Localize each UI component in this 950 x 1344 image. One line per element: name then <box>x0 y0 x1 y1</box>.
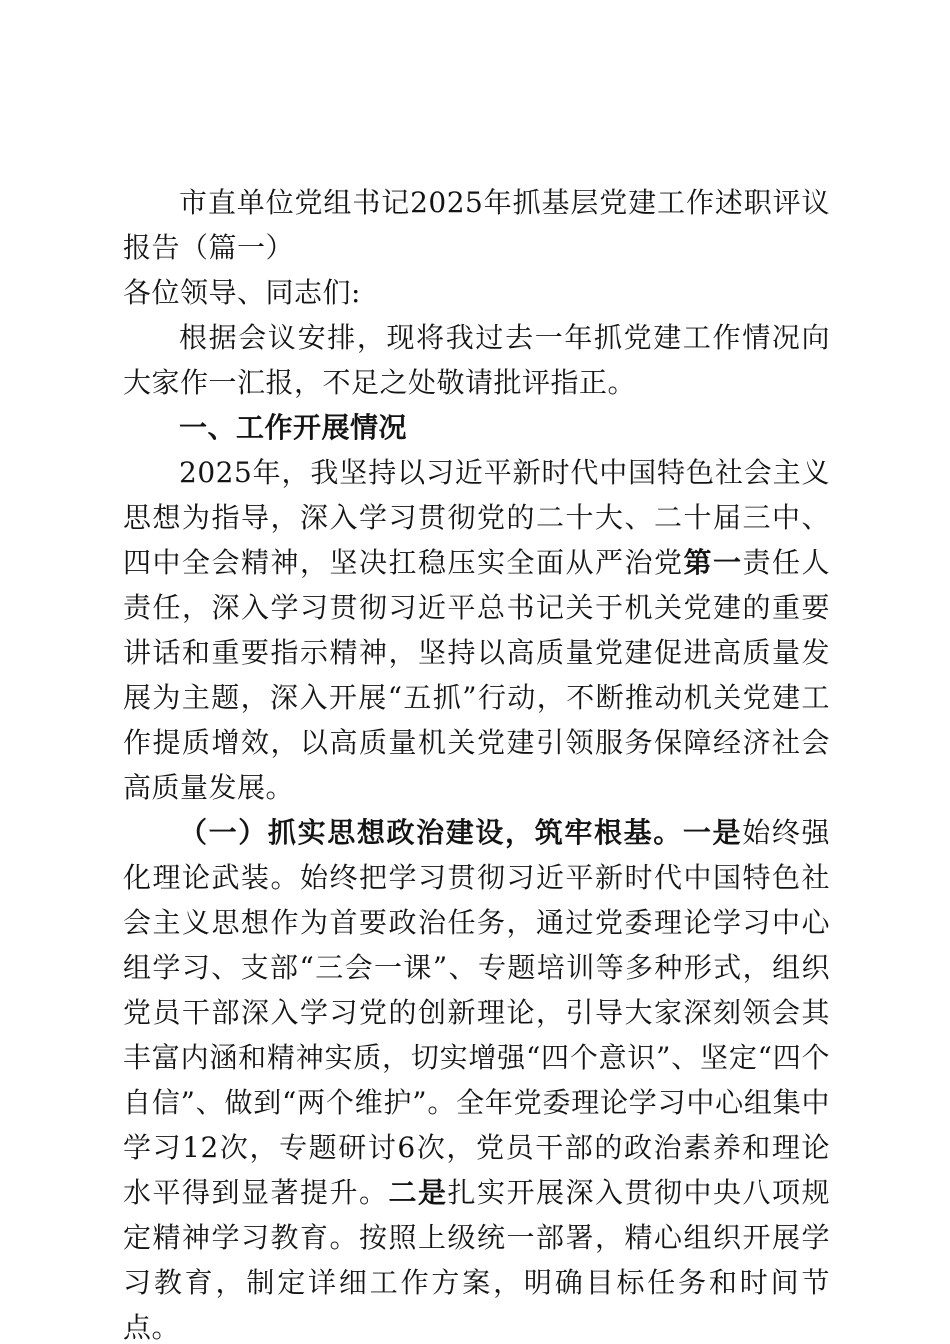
body-paragraph-1: 2025年，我坚持以习近平新时代中国特色社会主义思想为指导，深入学习贯彻党的二十… <box>123 450 830 810</box>
section-heading-1-text: 一、工作开展情况 <box>179 411 407 444</box>
intro-paragraph: 根据会议安排，现将我过去一年抓党建工作情况向大家作一汇报，不足之处敬请批评指正。 <box>123 315 830 405</box>
document-page: 市直单位党组书记2025年抓基层党建工作述职评议报告（篇一） 各位领导、同志们:… <box>0 0 950 1344</box>
body-paragraph-1-bold-1: 第一 <box>683 546 742 579</box>
body-paragraph-2: （一）抓实思想政治建设，筑牢根基。一是始终强化理论武装。始终把学习贯彻习近平新时… <box>123 810 830 1344</box>
body-paragraph-2-bold-2: 二是 <box>388 1176 447 1209</box>
document-title-text: 市直单位党组书记2025年抓基层党建工作述职评议报告（篇一） <box>123 186 830 264</box>
body-paragraph-1-run-2: 责任人责任，深入学习贯彻习近平总书记关于机关党建的重要讲话和重要指示精神，坚持以… <box>123 546 830 804</box>
document-title: 市直单位党组书记2025年抓基层党建工作述职评议报告（篇一） <box>123 180 830 270</box>
body-paragraph-2-run-1: 始终强化理论武装。始终把学习贯彻习近平新时代中国特色社会主义思想作为首要政治任务… <box>123 816 830 1209</box>
section-heading-1: 一、工作开展情况 <box>123 405 830 450</box>
document-content: 市直单位党组书记2025年抓基层党建工作述职评议报告（篇一） 各位领导、同志们:… <box>123 180 830 1344</box>
body-paragraph-2-bold-1: （一）抓实思想政治建设，筑牢根基。一是 <box>179 816 742 849</box>
intro-paragraph-text: 根据会议安排，现将我过去一年抓党建工作情况向大家作一汇报，不足之处敬请批评指正。 <box>123 321 830 399</box>
salutation-text: 各位领导、同志们: <box>123 276 361 309</box>
salutation: 各位领导、同志们: <box>123 270 830 315</box>
